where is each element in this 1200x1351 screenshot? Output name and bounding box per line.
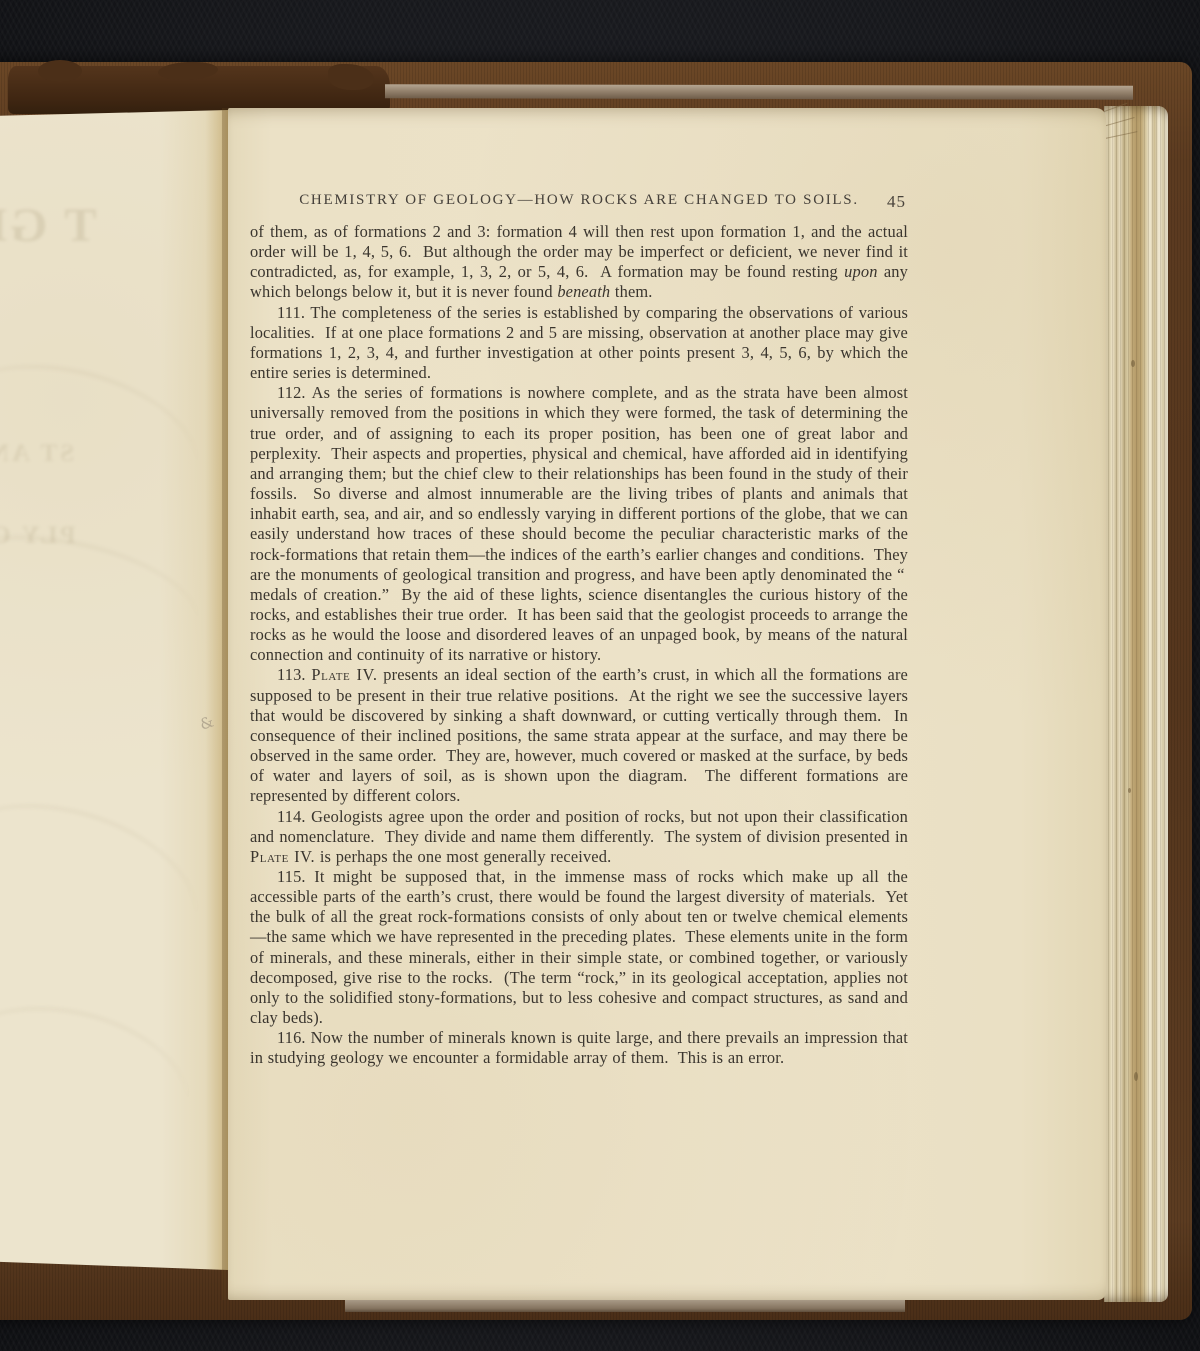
text-run: upon [844,262,877,281]
facing-page-strip: T GE ST AN PLY O & [0,110,228,1270]
text-run: beneath [557,282,610,301]
leather-bump [38,60,82,82]
text-run: 114. Geologists agree upon the order and… [250,807,913,846]
text-run: Plate IV. [311,665,377,684]
page-edge-speck [1131,360,1135,367]
text-run: of them, as of formations 2 and 3: forma… [250,222,913,281]
text-run: them. [610,282,652,301]
pencil-mark: & [198,712,216,733]
paragraph: 112. As the series of formations is nowh… [250,383,908,665]
page-number: 45 [887,192,906,212]
text-run: presents an ideal section of the earth’s… [250,665,913,805]
bleedthrough-diagram-line [0,986,203,1188]
text-block: of them, as of formations 2 and 3: forma… [250,222,908,1069]
bleedthrough-text: T GE [0,198,97,253]
text-run: 115. It might be supposed that, in the i… [250,867,913,1027]
paragraph: 115. It might be supposed that, in the i… [250,867,908,1028]
paragraph: 111. The completeness of the series is e… [250,303,908,384]
bleedthrough-diagram-line [0,517,209,687]
text-run: is perhaps the one most generally receiv… [315,847,611,866]
bleedthrough-diagram-line [0,776,217,1007]
page-edge-speck [1134,1072,1138,1081]
book-page: CHEMISTRY OF GEOLOGY—HOW ROCKS ARE CHANG… [228,108,1106,1300]
page-edge-speck [1128,788,1131,793]
running-head: CHEMISTRY OF GEOLOGY—HOW ROCKS ARE CHANG… [250,192,908,209]
paragraph: of them, as of formations 2 and 3: forma… [250,222,908,303]
bleedthrough-diagram-line [0,341,213,543]
text-run: Plate IV. [250,847,315,866]
leather-spine-edge [8,66,390,114]
book-scan-scene: T GE ST AN PLY O & CHEMISTRY OF GEOLOGY—… [0,0,1200,1351]
paragraph: 113. Plate IV. presents an ideal section… [250,665,908,806]
paragraph: 116. Now the number of minerals known is… [250,1028,908,1068]
text-run: 116. Now the number of minerals known is… [250,1028,913,1067]
fanned-page-edges [1104,106,1168,1302]
text-run: 111. The completeness of the series is e… [250,303,913,382]
text-run: 112. As the series of formations is nowh… [250,383,913,664]
text-run: 113. [277,665,311,684]
cover-top-edge-highlight [385,84,1133,100]
cover-bottom-edge-highlight [345,1300,905,1312]
paragraph: 114. Geologists agree upon the order and… [250,807,908,867]
running-head-title: CHEMISTRY OF GEOLOGY—HOW ROCKS ARE CHANG… [299,192,859,208]
leather-bump [328,64,374,90]
